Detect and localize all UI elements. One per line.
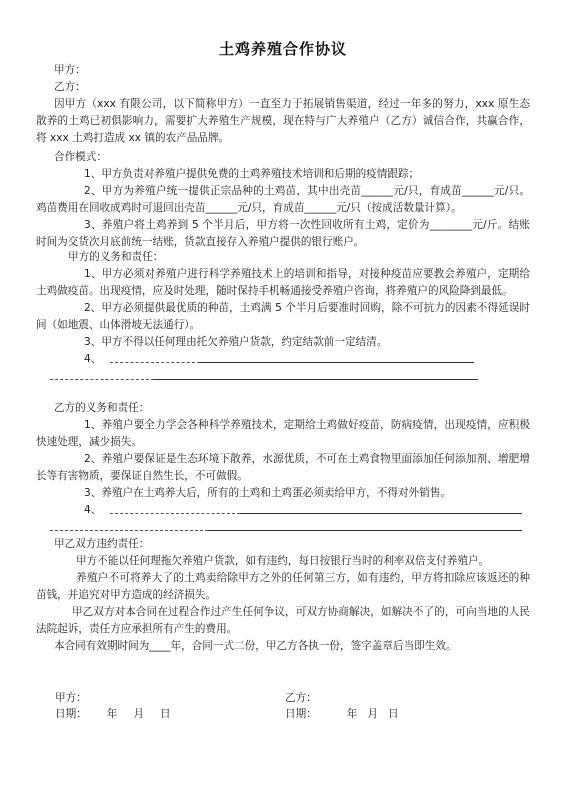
party-a-duty-4-continued [36, 368, 530, 385]
party-b-duty-4-label: 4、 [36, 504, 101, 516]
document-title: 土鸡养殖合作协议 [0, 38, 566, 59]
breach-section: 甲乙双方违约责任： 甲方不能以任何理拖欠养殖户货款，如有违约，每日按银行当时的利… [36, 536, 530, 655]
party-b-duties-heading: 乙方的义务和责任： [36, 400, 530, 417]
party-a-signature-label: 甲方： [55, 690, 171, 706]
cooperation-section: 合作模式： 1、甲方负责对养殖户提供免费的土鸡养殖技术培训和后期的疫情跟踪； 2… [36, 149, 530, 251]
party-a-duty-4-blank-2 [154, 379, 478, 380]
party-a-date-row: 日期：年月日 [55, 706, 171, 722]
document-page: 土鸡养殖合作协议 甲方： 乙方： 因甲方（xxx 有限公司，以下简称甲方）一直至… [0, 0, 566, 800]
party-a-duty-4-blank [200, 362, 474, 363]
breach-item-2: 养殖户不可将养大了的土鸡卖给除甲方之外的任何第三方，如有违约，甲方将扣除应该返还… [36, 570, 530, 604]
party-b-duty-4-blank [240, 513, 522, 514]
party-a-duty-1: 1、甲方必须对养殖户进行科学养殖技术上的培训和指导，对接种疫苗应要教会养殖户，定… [36, 266, 530, 300]
party-b-date-year: 年 [347, 708, 358, 720]
party-b-label: 乙方： [36, 79, 530, 96]
party-a-duty-4-blank-2-dashed [50, 379, 154, 380]
breach-item-3: 甲乙双方对本合同在过程合作过产生任何争议，可双方协商解决，如解决不了的，可向当地… [36, 604, 530, 638]
party-b-date-month: 月 [367, 708, 378, 720]
party-a-date-year: 年 [107, 708, 118, 720]
party-b-duty-4-continued [36, 519, 530, 536]
party-a-duty-4-blank-dashed [110, 362, 200, 363]
party-b-duty-4-blank-2 [208, 530, 522, 531]
party-b-duty-3: 3、养殖户在土鸡养大后，所有的土鸡和土鸡蛋必须卖给甲方，不得对外销售。 [36, 485, 530, 502]
validity-clause: 本合同有效期时间为____年，合同一式二份，甲乙方各执一份，签字盖章后当即生效。 [36, 638, 530, 655]
party-a-duty-4-label: 4、 [36, 353, 101, 365]
party-a-duty-3: 3、甲方不得以任何理由托欠养殖户货款，约定结款前一定结清。 [36, 334, 530, 351]
party-a-label: 甲方： [36, 62, 530, 79]
party-b-date-day: 日 [388, 708, 399, 720]
party-b-signature-label: 乙方： [285, 690, 399, 706]
party-b-date-label: 日期： [285, 708, 317, 720]
party-a-duty-2: 2、甲方必须提供最优质的种苗，土鸡满 5 个半月后要准时回购，除不可抗力的因素不… [36, 300, 530, 334]
intro-paragraph: 因甲方（xxx 有限公司，以下简称甲方）一直至力于拓展销售渠道，经过一年多的努力… [36, 96, 530, 147]
cooperation-item-1: 1、甲方负责对养殖户提供免费的土鸡养殖技术培训和后期的疫情跟踪； [36, 166, 530, 183]
party-a-signature-block: 甲方： 日期：年月日 [55, 690, 171, 722]
party-b-duty-4-blank-dashed [110, 513, 240, 514]
party-a-date-day: 日 [160, 708, 171, 720]
party-b-duty-4: 4、 [36, 502, 530, 519]
party-b-duties-section: 乙方的义务和责任： 1、养殖户要全力学会各种科学养殖技术，定期给土鸡做好疫苗，防… [36, 400, 530, 536]
party-b-duty-2: 2、养殖户要保证是生态环境下散养，水源优质，不可在土鸡食物里面添加任何添加剂、增… [36, 451, 530, 485]
party-a-duties-heading: 甲方的义务和责任： [36, 249, 530, 266]
party-b-duty-4-blank-2-dashed [50, 530, 208, 531]
parties-block: 甲方： 乙方： 因甲方（xxx 有限公司，以下简称甲方）一直至力于拓展销售渠道，… [36, 62, 530, 147]
party-b-date-row: 日期：年月日 [285, 706, 399, 722]
party-a-date-label: 日期： [55, 708, 87, 720]
party-b-duty-1: 1、养殖户要全力学会各种科学养殖技术，定期给土鸡做好疫苗，防病疫情，出现疫情，应… [36, 417, 530, 451]
cooperation-item-3: 3、养殖户将土鸡养到 5 个半月后，甲方将一次性回收所有土鸡，定价为______… [36, 217, 530, 251]
cooperation-item-2: 2、甲方为养殖户统一提供正宗品种的土鸡苗，其中出壳苗______元/只，育成苗_… [36, 183, 530, 217]
party-b-signature-block: 乙方： 日期：年月日 [285, 690, 399, 722]
party-a-date-month: 月 [133, 708, 144, 720]
party-a-duties-section: 甲方的义务和责任： 1、甲方必须对养殖户进行科学养殖技术上的培训和指导，对接种疫… [36, 249, 530, 385]
breach-heading: 甲乙双方违约责任： [36, 536, 530, 553]
party-a-duty-4: 4、 [36, 351, 530, 368]
cooperation-heading: 合作模式： [36, 149, 530, 166]
breach-item-1: 甲方不能以任何理拖欠养殖户货款，如有违约，每日按银行当时的利率双倍支付养殖户。 [36, 553, 530, 570]
